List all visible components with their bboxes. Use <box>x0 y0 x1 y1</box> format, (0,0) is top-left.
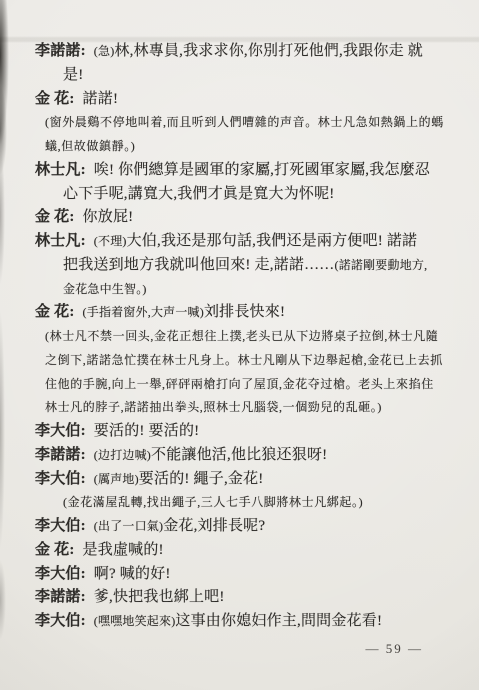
dialogue-text: 是! <box>63 67 83 83</box>
dialogue-line: 心下手呢,講寬大,我們才眞是寬大为怀呢! <box>63 183 465 207</box>
dialogue-text: 諾諾! <box>83 91 119 107</box>
parenthetical-text: (厲声地) <box>94 472 139 486</box>
dialogue-text: 不能讓他活,他比狼还狠呀! <box>151 447 327 463</box>
dialogue-text: 唉! 你們總算是國軍的家屬,打死國軍家屬,我怎麼忍 <box>94 162 430 178</box>
dialogue-line: 把我送到地方我就叫他回來! 走,諾諾……(諾諾剛要動地方, <box>63 254 465 278</box>
stage-direction-line: 蟻,但故做鎮靜。) <box>45 135 465 159</box>
parenthetical-text: (急) <box>94 44 115 58</box>
stage-direction-line: 林士凡的脖子,諾諾抽出拳头,照林士凡腦袋,一個勁兒的乱砸。) <box>45 396 465 420</box>
speaker-name: 李大伯: <box>35 471 86 487</box>
parenthetical-text: (出了一口氣) <box>94 519 163 533</box>
dialogue-text: 把我送到地方我就叫他回來! 走,諾諾…… <box>63 257 335 273</box>
dialogue-line: 李諾諾:(急)林,林專員,我求求你,你別打死他們,我跟你走 就 <box>35 40 465 64</box>
stage-direction-line: 之倒下,諾諾急忙撲在林士凡身上。林士凡剛从下边舉起槍,金花已上去抓 <box>45 349 465 373</box>
dialogue-line: 李大伯:(厲声地)要活的! 繩子,金花! <box>35 468 465 492</box>
speaker-name: 林士凡: <box>35 162 86 178</box>
dialogue-line: 李大伯:(嘿嘿地笑起來)这事由你媳妇作主,問問金花看! <box>35 610 465 634</box>
dialogue-text: 是我虛喊的! <box>83 542 164 558</box>
parenthetical-text: 住他的手腕,向上一舉,砰砰兩槍打向了屋頂,金花夺过槍。老头上來掐住 <box>45 377 434 391</box>
parenthetical-text: (金花滿屋乱轉,找出繩子,三人七手八脚將林士凡綁起。) <box>63 495 363 509</box>
speaker-name: 李大伯: <box>35 518 86 534</box>
script-lines: 李諾諾:(急)林,林專員,我求求你,你別打死他們,我跟你走 就是!金 花:諾諾!… <box>35 40 465 634</box>
dialogue-text: 要活的! 繩子,金花! <box>139 471 264 487</box>
dialogue-text: 啊? 喊的好! <box>94 566 171 582</box>
dialogue-text: 心下手呢,講寬大,我們才眞是寬大为怀呢! <box>63 186 335 202</box>
parenthetical-text: 之倒下,諾諾急忙撲在林士凡身上。林士凡剛从下边舉起槍,金花已上去抓 <box>45 353 443 367</box>
dialogue-line: 林士凡:唉! 你們總算是國軍的家屬,打死國軍家屬,我怎麼忍 <box>35 159 465 183</box>
speaker-name: 金 花: <box>35 91 75 107</box>
parenthetical-text: (諾諾剛要動地方, <box>335 258 428 272</box>
speaker-name: 金 花: <box>35 304 75 320</box>
parenthetical-text: (手指着窗外,大声一喊) <box>83 305 204 319</box>
parenthetical-text: (窗外晨鷄不停地叫着,而且听到人們嘈雜的声音。林士凡急如熱鍋上的螞 <box>45 115 444 129</box>
page-number: — 59 — <box>366 641 424 657</box>
stage-direction-line: (窗外晨鷄不停地叫着,而且听到人們嘈雜的声音。林士凡急如熱鍋上的螞 <box>45 111 465 135</box>
dialogue-line: 金花急中生智。) <box>63 278 465 302</box>
parenthetical-text: 林士凡的脖子,諾諾抽出拳头,照林士凡腦袋,一個勁兒的乱砸。) <box>45 400 382 414</box>
dialogue-text: 刘排長快來! <box>204 304 285 320</box>
dialogue-line: 金 花:是我虛喊的! <box>35 539 465 563</box>
speaker-name: 金 花: <box>35 209 75 225</box>
scanned-script-page: 李諾諾:(急)林,林專員,我求求你,你別打死他們,我跟你走 就是!金 花:諾諾!… <box>0 0 479 690</box>
dialogue-line: 金 花:(手指着窗外,大声一喊)刘排長快來! <box>35 301 465 325</box>
speaker-name: 李諾諾: <box>35 43 86 59</box>
parenthetical-text: 金花急中生智。) <box>63 282 147 296</box>
dialogue-line: 李諾諾:(边打边喊)不能讓他活,他比狼还狠呀! <box>35 444 465 468</box>
dialogue-line: 金 花:你放屁! <box>35 206 465 230</box>
dialogue-line: 金 花:諾諾! <box>35 88 465 112</box>
parenthetical-text: (嘿嘿地笑起來) <box>94 614 176 628</box>
dialogue-line: 李大伯:要活的! 要活的! <box>35 420 465 444</box>
dialogue-text: 爹,快把我也綁上吧! <box>94 589 225 605</box>
parenthetical-text: (边打边喊) <box>94 448 151 462</box>
speaker-name: 李諾諾: <box>35 589 86 605</box>
speaker-name: 李大伯: <box>35 566 86 582</box>
dialogue-text: 这事由你媳妇作主,問問金花看! <box>175 613 382 629</box>
parenthetical-text: (林士凡不禁一回头,金花正想往上撲,老头已从下边將桌子拉倒,林士凡隨 <box>45 329 438 343</box>
stage-direction-line: (金花滿屋乱轉,找出繩子,三人七手八脚將林士凡綁起。) <box>63 491 465 515</box>
speaker-name: 李大伯: <box>35 423 86 439</box>
parenthetical-text: (不理) <box>94 234 127 248</box>
dialogue-text: 要活的! 要活的! <box>94 423 200 439</box>
dialogue-text: 金花,刘排長呢? <box>163 518 265 534</box>
stage-direction-line: (林士凡不禁一回头,金花正想往上撲,老头已从下边將桌子拉倒,林士凡隨 <box>45 325 465 349</box>
dialogue-line: 林士凡:(不理)大伯,我还是那句話,我們还是兩方便吧! 諾諾 <box>35 230 465 254</box>
dialogue-line: 是! <box>63 64 465 88</box>
dialogue-line: 李大伯:啊? 喊的好! <box>35 563 465 587</box>
parenthetical-text: 蟻,但故做鎮靜。) <box>45 139 135 153</box>
speaker-name: 金 花: <box>35 542 75 558</box>
dialogue-text: 你放屁! <box>83 209 134 225</box>
dialogue-text: 大伯,我还是那句話,我們还是兩方便吧! 諾諾 <box>127 233 418 249</box>
speaker-name: 李諾諾: <box>35 447 86 463</box>
stage-direction-line: 住他的手腕,向上一舉,砰砰兩槍打向了屋頂,金花夺过槍。老头上來掐住 <box>45 373 465 397</box>
speaker-name: 林士凡: <box>35 233 86 249</box>
speaker-name: 李大伯: <box>35 613 86 629</box>
dialogue-line: 李諾諾:爹,快把我也綁上吧! <box>35 586 465 610</box>
dialogue-text: 林,林專員,我求求你,你別打死他們,我跟你走 就 <box>114 43 423 59</box>
dialogue-line: 李大伯:(出了一口氣)金花,刘排長呢? <box>35 515 465 539</box>
